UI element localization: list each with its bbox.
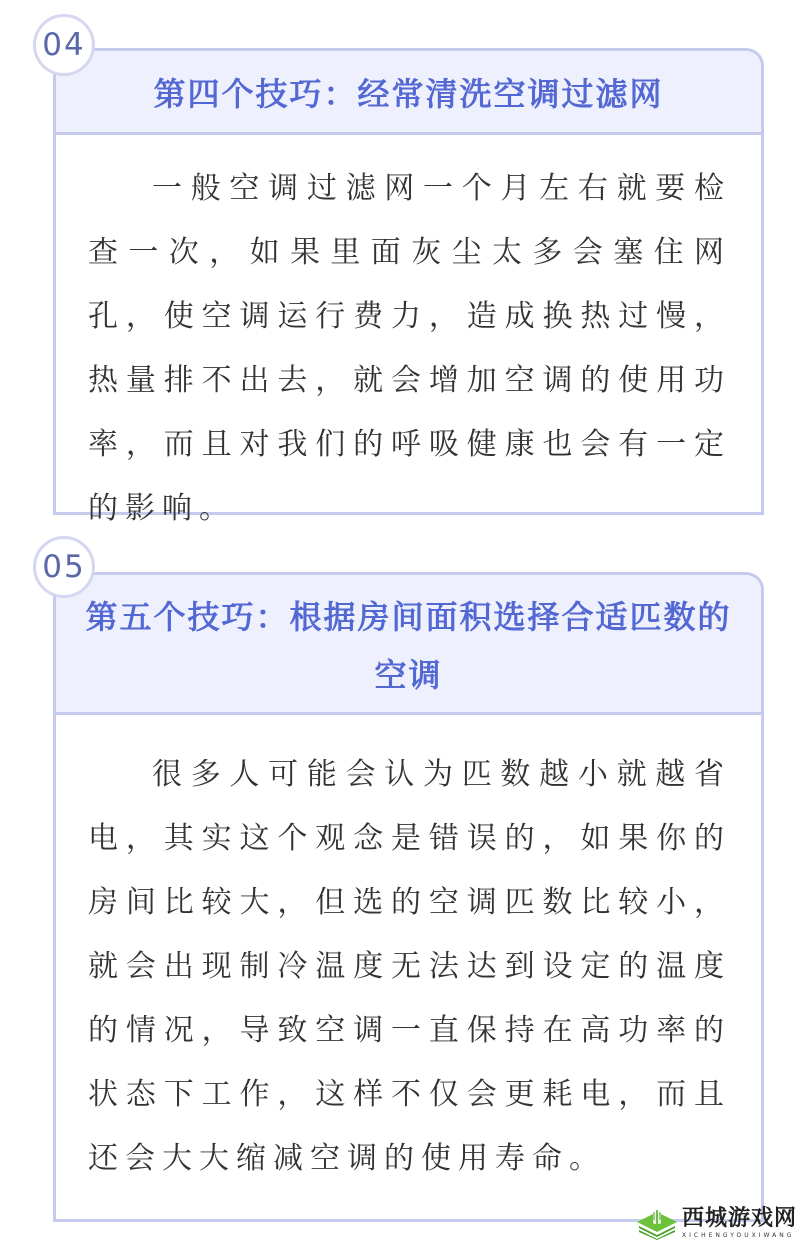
tip-card-05: 第五个技巧：根据房间面积选择合适匹数的空调 很多人可能会认为匹数越小就越省电，其…: [53, 572, 764, 1222]
section-number-badge-05: 05: [33, 536, 95, 598]
watermark-name: 西城游戏网: [682, 1208, 797, 1230]
watermark: 西城游戏网 XICHENGYOUXIWANG: [636, 1204, 800, 1242]
tip-card-04: 第四个技巧：经常清洗空调过滤网 一般空调过滤网一个月左右就要检查一次，如果里面灰…: [53, 48, 764, 515]
tip-body-04: 一般空调过滤网一个月左右就要检查一次，如果里面灰尘太多会塞住网孔，使空调运行费力…: [56, 135, 761, 541]
section-number-05: 05: [42, 549, 85, 585]
tip-title-04: 第四个技巧：经常清洗空调过滤网: [153, 69, 663, 115]
section-number-04: 04: [42, 27, 85, 63]
tip-header-04: 第四个技巧：经常清洗空调过滤网: [56, 51, 761, 135]
section-number-badge-04: 04: [33, 14, 95, 76]
tip-header-05: 第五个技巧：根据房间面积选择合适匹数的空调: [56, 575, 761, 715]
tip-body-05: 很多人可能会认为匹数越小就越省电，其实这个观念是错误的，如果你的房间比较大，但选…: [56, 715, 761, 1191]
watermark-subtitle: XICHENGYOUXIWANG: [682, 1233, 797, 1239]
wheat-leaf-logo-icon: [636, 1206, 678, 1240]
tip-title-05: 第五个技巧：根据房间面积选择合适匹数的空调: [70, 588, 747, 704]
